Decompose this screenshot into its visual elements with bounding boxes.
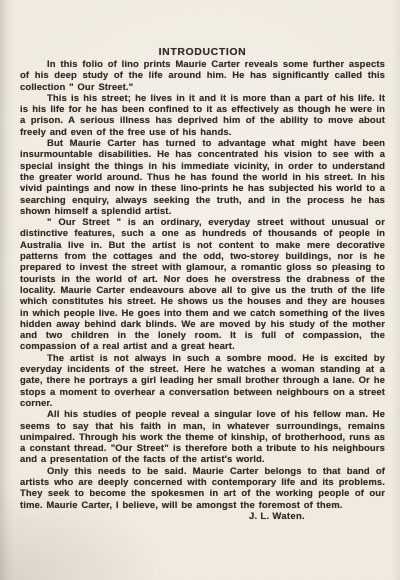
paragraph: Only this needs to be said. Maurie Carte…: [20, 466, 385, 511]
paragraph: This is his street; he lives in it and i…: [20, 93, 385, 138]
page-content: INTRODUCTION In this folio of lino print…: [0, 0, 400, 580]
author-signature: J. L. Waten.: [20, 511, 385, 522]
paragraph: All his studies of people reveal a singu…: [20, 409, 385, 465]
paragraph: In this folio of lino prints Maurie Cart…: [20, 59, 385, 93]
paragraph: " Our Street " is an ordinary, everyday …: [20, 217, 385, 353]
paragraph: The artist is not always in such a sombr…: [20, 353, 385, 409]
document-title: INTRODUCTION: [20, 46, 385, 58]
photographed-page: INTRODUCTION In this folio of lino print…: [0, 0, 400, 580]
paragraph: But Maurie Carter has turned to advantag…: [20, 138, 385, 217]
